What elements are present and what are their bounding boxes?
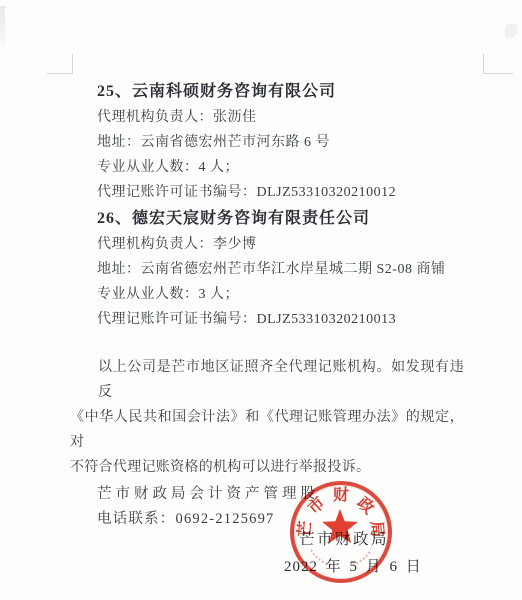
paragraph-line: 不符合代理记账资格的机构可以进行举报投诉。 (70, 455, 464, 480)
text-boundary-mark-left-icon (47, 54, 73, 74)
entry-license: 代理记账许可证书编号：DLJZ53310320210012 (97, 180, 522, 205)
signature-date: 2022 年 5 月 6 日 (284, 555, 422, 576)
document-page: 25、云南科硕财务咨询有限公司 代理机构负责人：张沥佳 地址：云南省德宏州芒市河… (0, 0, 522, 600)
paragraph-line: 《中华人民共和国会计法》和《代理记账管理办法》的规定，对 (70, 405, 464, 455)
entry-address: 地址：云南省德宏州芒市河东路 6 号 (97, 130, 522, 155)
text-boundary-mark-right-icon (483, 54, 513, 74)
scan-smudge-right (505, 24, 517, 38)
closing-paragraph: 以上公司是芒市地区证照齐全代理记账机构。如发现有违反 《中华人民共和国会计法》和… (70, 355, 464, 480)
entry-leader: 代理机构负责人：张沥佳 (97, 105, 522, 130)
entry-staff: 专业从业人数：4 人； (97, 155, 522, 180)
entry-address: 地址：云南省德宏州芒市华江水岸星城二期 S2-08 商铺 (97, 257, 522, 282)
entry-leader: 代理机构负责人：李少博 (97, 232, 522, 257)
entry-title: 26、德宏天宸财务咨询有限责任公司 (97, 205, 522, 232)
document-body: 25、云南科硕财务咨询有限公司 代理机构负责人：张沥佳 地址：云南省德宏州芒市河… (0, 78, 522, 532)
department-line: 芒市财政局会计资产管理股 (97, 482, 522, 507)
entry-staff: 专业从业人数：3 人； (97, 282, 522, 307)
paragraph-line: 以上公司是芒市地区证照齐全代理记账机构。如发现有违反 (70, 355, 464, 405)
signature-authority: 芒市财政局 (299, 527, 389, 549)
agency-entry-26: 26、德宏天宸财务咨询有限责任公司 代理机构负责人：李少博 地址：云南省德宏州芒… (97, 205, 522, 332)
agency-entry-25: 25、云南科硕财务咨询有限公司 代理机构负责人：张沥佳 地址：云南省德宏州芒市河… (97, 78, 522, 205)
entry-title: 25、云南科硕财务咨询有限公司 (97, 78, 522, 105)
entry-license: 代理记账许可证书编号：DLJZ53310320210013 (97, 307, 522, 332)
scan-smudge-left (0, 6, 5, 52)
